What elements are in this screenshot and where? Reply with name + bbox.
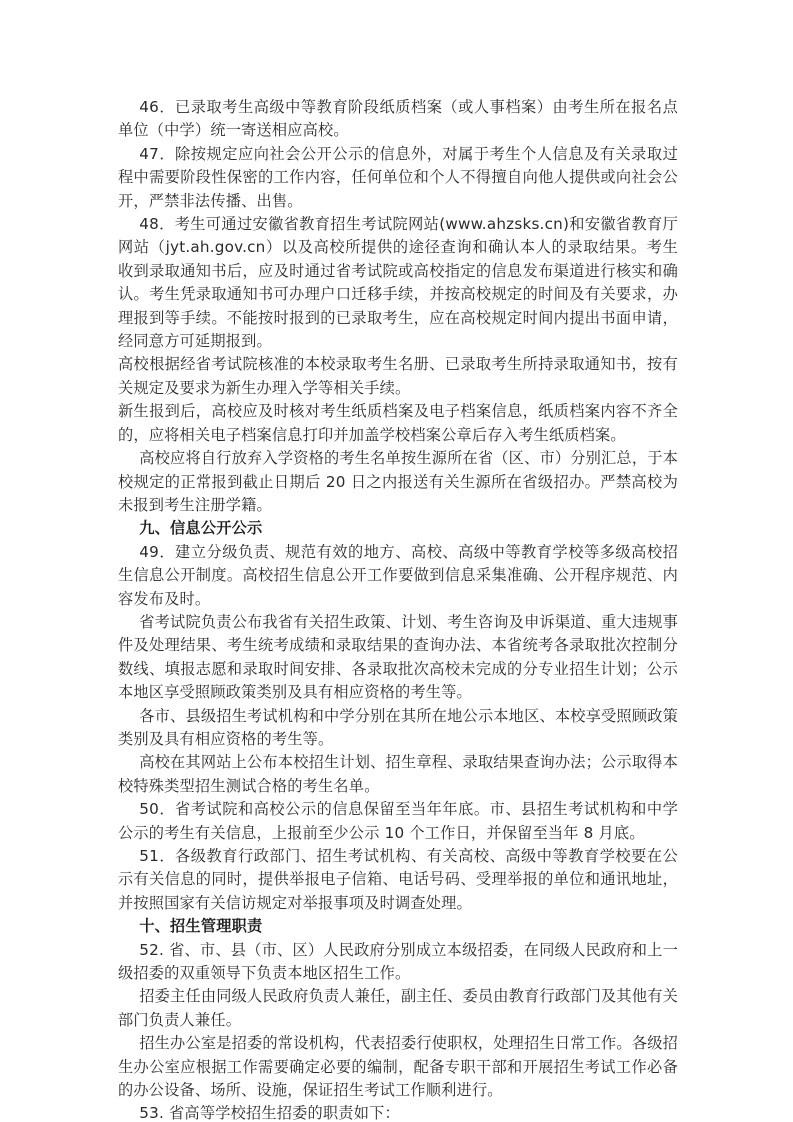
section-heading-9: 九、信息公开公示 bbox=[118, 517, 678, 540]
paragraph-53: 53. 省高等学校招生招委的职责如下： bbox=[118, 1102, 678, 1122]
paragraph-52: 52. 省、市、县（市、区）人民政府分别成立本级招委，在同级人民政府和上一级招委… bbox=[118, 939, 678, 986]
section-heading-10: 十、招生管理职责 bbox=[118, 915, 678, 938]
paragraph-52-director: 招委主任由同级人民政府负责人兼任，副主任、委员由教育行政部门及其他有关部门负责人… bbox=[118, 985, 678, 1032]
paragraph-50: 50．省考试院和高校公示的信息保留至当年年底。市、县招生考试机构和中学公示的考生… bbox=[118, 798, 678, 845]
paragraph-51: 51．各级教育行政部门、招生考试机构、有关高校、高级中等教育学校要在公示有关信息… bbox=[118, 845, 678, 915]
paragraph-49-university: 高校在其网站上公布本校招生计划、招生章程、录取结果查询办法；公示取得本校特殊类型… bbox=[118, 751, 678, 798]
paragraph-46: 46．已录取考生高级中等教育阶段纸质档案（或人事档案）由考生所在报名点单位（中学… bbox=[118, 96, 678, 143]
paragraph-52-office: 招生办公室是招委的常设机构，代表招委行使职权，处理招生日常工作。各级招生办公室应… bbox=[118, 1032, 678, 1102]
paragraph-49: 49．建立分级负责、规范有效的地方、高校、高级中等教育学校等多级高校招生信息公开… bbox=[118, 541, 678, 611]
paragraph-48-abandon: 高校应将自行放弃入学资格的考生名单按生源所在省（区、市）分别汇总，于本校规定的正… bbox=[118, 447, 678, 517]
paragraph-49-city: 各市、县级招生考试机构和中学分别在其所在地公示本地区、本校享受照顾政策类别及具有… bbox=[118, 705, 678, 752]
document-page: 46．已录取考生高级中等教育阶段纸质档案（或人事档案）由考生所在报名点单位（中学… bbox=[118, 96, 678, 1122]
paragraph-47: 47．除按规定应向社会公开公示的信息外，对属于考生个人信息及有关录取过程中需要阶… bbox=[118, 143, 678, 213]
paragraph-48-archive-check: 新生报到后，高校应及时核对考生纸质档案及电子档案信息，纸质档案内容不齐全的，应将… bbox=[118, 400, 678, 447]
paragraph-48-enrollment: 高校根据经省考试院核准的本校录取考生名册、已录取考生所持录取通知书，按有关规定及… bbox=[118, 353, 678, 400]
paragraph-49-province: 省考试院负责公布我省有关招生政策、计划、考生咨询及申诉渠道、重大违规事件及处理结… bbox=[118, 611, 678, 705]
paragraph-48: 48．考生可通过安徽省教育招生考试院网站(www.ahzsks.cn)和安徽省教… bbox=[118, 213, 678, 353]
